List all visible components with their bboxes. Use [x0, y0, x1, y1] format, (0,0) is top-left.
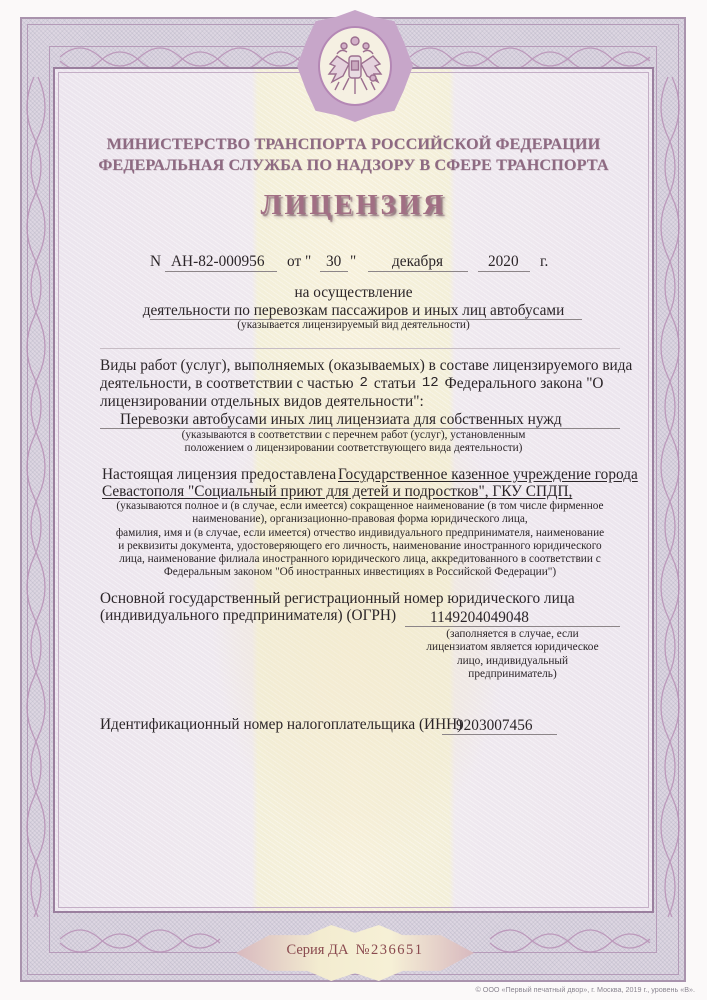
inn-underline	[442, 734, 557, 735]
works-value: Перевозки автобусами иных лиц лицензиата…	[120, 411, 562, 428]
works-intro-line2a: деятельности, в соответствии с частью	[100, 375, 354, 392]
series-label: Серия ДА	[286, 942, 348, 958]
series-number: №236651	[356, 942, 424, 958]
inn-value: 9203007456	[456, 717, 532, 734]
coat-of-arms-icon	[318, 26, 392, 106]
license-day: 30	[326, 253, 341, 270]
license-number: АН-82-000956	[171, 253, 264, 270]
licensee-hint-5: лица, наименование филиала иностранного …	[95, 553, 625, 567]
month-underline	[368, 271, 468, 272]
license-month: декабря	[392, 253, 443, 270]
licensee-hint-1: (указываются полное и (в случае, если им…	[95, 500, 625, 514]
ogrn-hint-1: (заполняется в случае, если	[405, 628, 620, 642]
licensee-name-line2: Севастополя "Социальный приют для детей …	[102, 483, 572, 500]
licensee-label: Настоящая лицензия предоставлена	[102, 466, 336, 483]
licensee-hint-3: фамилия, имя и (в случае, если имеется) …	[95, 527, 625, 541]
ogrn-hint-2: лицензиатом является юридическое	[405, 641, 620, 655]
works-intro-line2b: статьи	[374, 375, 416, 392]
works-hint-line1: (указываются в соответствии с перечнем р…	[60, 429, 647, 443]
printer-copyright: © ООО «Первый печатный двор», г. Москва,…	[475, 985, 695, 994]
service-name: ФЕДЕРАЛЬНАЯ СЛУЖБА ПО НАДЗОРУ В СФЕРЕ ТР…	[60, 155, 647, 176]
section-divider	[100, 348, 620, 349]
ogrn-underline	[405, 626, 620, 627]
ogrn-hint-4: предприниматель)	[405, 668, 620, 682]
year-underline	[478, 271, 530, 272]
number-underline	[165, 271, 277, 272]
number-prefix: N	[150, 253, 161, 270]
licensee-hint-6: Федеральным законом "Об иностранных инве…	[95, 566, 625, 580]
license-year: 2020	[488, 253, 519, 270]
works-intro-line2c: Федерального закона "О	[445, 375, 604, 392]
ministry-name: МИНИСТЕРСТВО ТРАНСПОРТА РОССИЙСКОЙ ФЕДЕР…	[60, 134, 647, 155]
activity-hint: (указывается лицензируемый вид деятельно…	[60, 319, 647, 333]
licensee-hint-2: наименование), организационно-правовая ф…	[95, 513, 625, 527]
works-hint-line2: положением о лицензировании соответствую…	[60, 442, 647, 456]
date-prefix: от "	[287, 253, 311, 270]
issuing-authority: МИНИСТЕРСТВО ТРАНСПОРТА РОССИЙСКОЙ ФЕДЕР…	[60, 134, 647, 176]
inn-label: Идентификационный номер налогоплательщик…	[100, 716, 462, 733]
activity-intro: на осуществление	[60, 284, 647, 301]
licensee-name-line1: Государственное казенное учреждение горо…	[338, 466, 638, 483]
ogrn-label-line1: Основной государственный регистрационный…	[100, 590, 575, 607]
licensee-hint-4: и реквизиты документа, удостоверяющего е…	[95, 540, 625, 554]
year-suffix: г.	[540, 253, 548, 270]
day-underline	[320, 271, 348, 272]
document-title: ЛИЦЕНЗИЯ	[60, 190, 647, 222]
works-intro-line3: лицензировании отдельных видов деятельно…	[100, 393, 424, 410]
ogrn-label-line2: (индивидуального предпринимателя) (ОГРН)	[100, 607, 396, 624]
series-info: Серия ДА №236651	[236, 942, 474, 959]
ogrn-value: 1149204049048	[430, 609, 529, 626]
emblem	[297, 10, 413, 122]
works-intro-line1: Виды работ (услуг), выполняемых (оказыва…	[100, 357, 632, 374]
ogrn-hint-3: лицо, индивидуальный	[405, 655, 620, 669]
law-part: 2	[360, 375, 368, 392]
law-article: 12	[422, 375, 439, 392]
date-quote-close: "	[350, 253, 356, 270]
activity-value: деятельности по перевозкам пассажиров и …	[60, 302, 647, 319]
